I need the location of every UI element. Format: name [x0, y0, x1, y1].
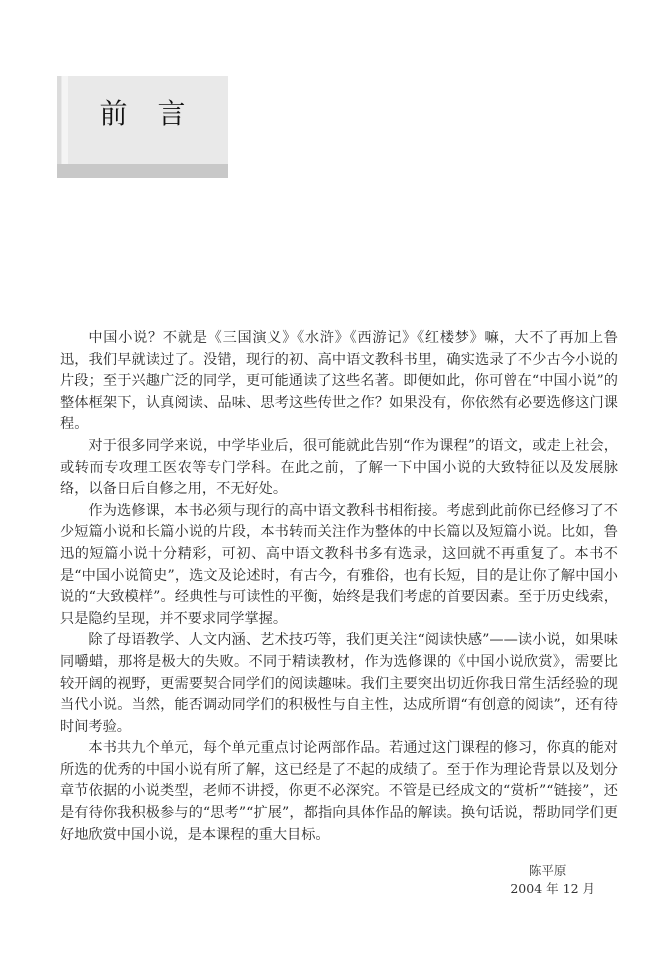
title-banner: 前言 [57, 76, 228, 178]
paragraph: 中国小说？不就是《三国演义》《水浒》《西游记》《红楼梦》嘛，大不了再加上鲁迅，我… [60, 328, 618, 436]
preface-body: 中国小说？不就是《三国演义》《水浒》《西游记》《红楼梦》嘛，大不了再加上鲁迅，我… [60, 328, 618, 846]
signature-date: 2004 年 12 月 [510, 880, 595, 898]
paragraph: 作为选修课，本书必须与现行的高中语文教科书相衔接。考虑到此前你已经修习了不少短篇… [60, 501, 618, 631]
paragraph: 本书共九个单元，每个单元重点讨论两部作品。若通过这门课程的修习，你真的能对所选的… [60, 738, 618, 846]
paragraph: 除了母语教学、人文内涵、艺术技巧等，我们更关注“阅读快感”——读小说，如果味同嚼… [60, 630, 618, 738]
page-title: 前言 [57, 92, 228, 132]
author-name: 陈平原 [510, 862, 595, 880]
banner-bottom-bar [57, 164, 228, 178]
signature-block: 陈平原 2004 年 12 月 [510, 862, 595, 898]
paragraph: 对于很多同学来说，中学毕业后，很可能就此告别“作为课程”的语文，或走上社会，或转… [60, 436, 618, 501]
